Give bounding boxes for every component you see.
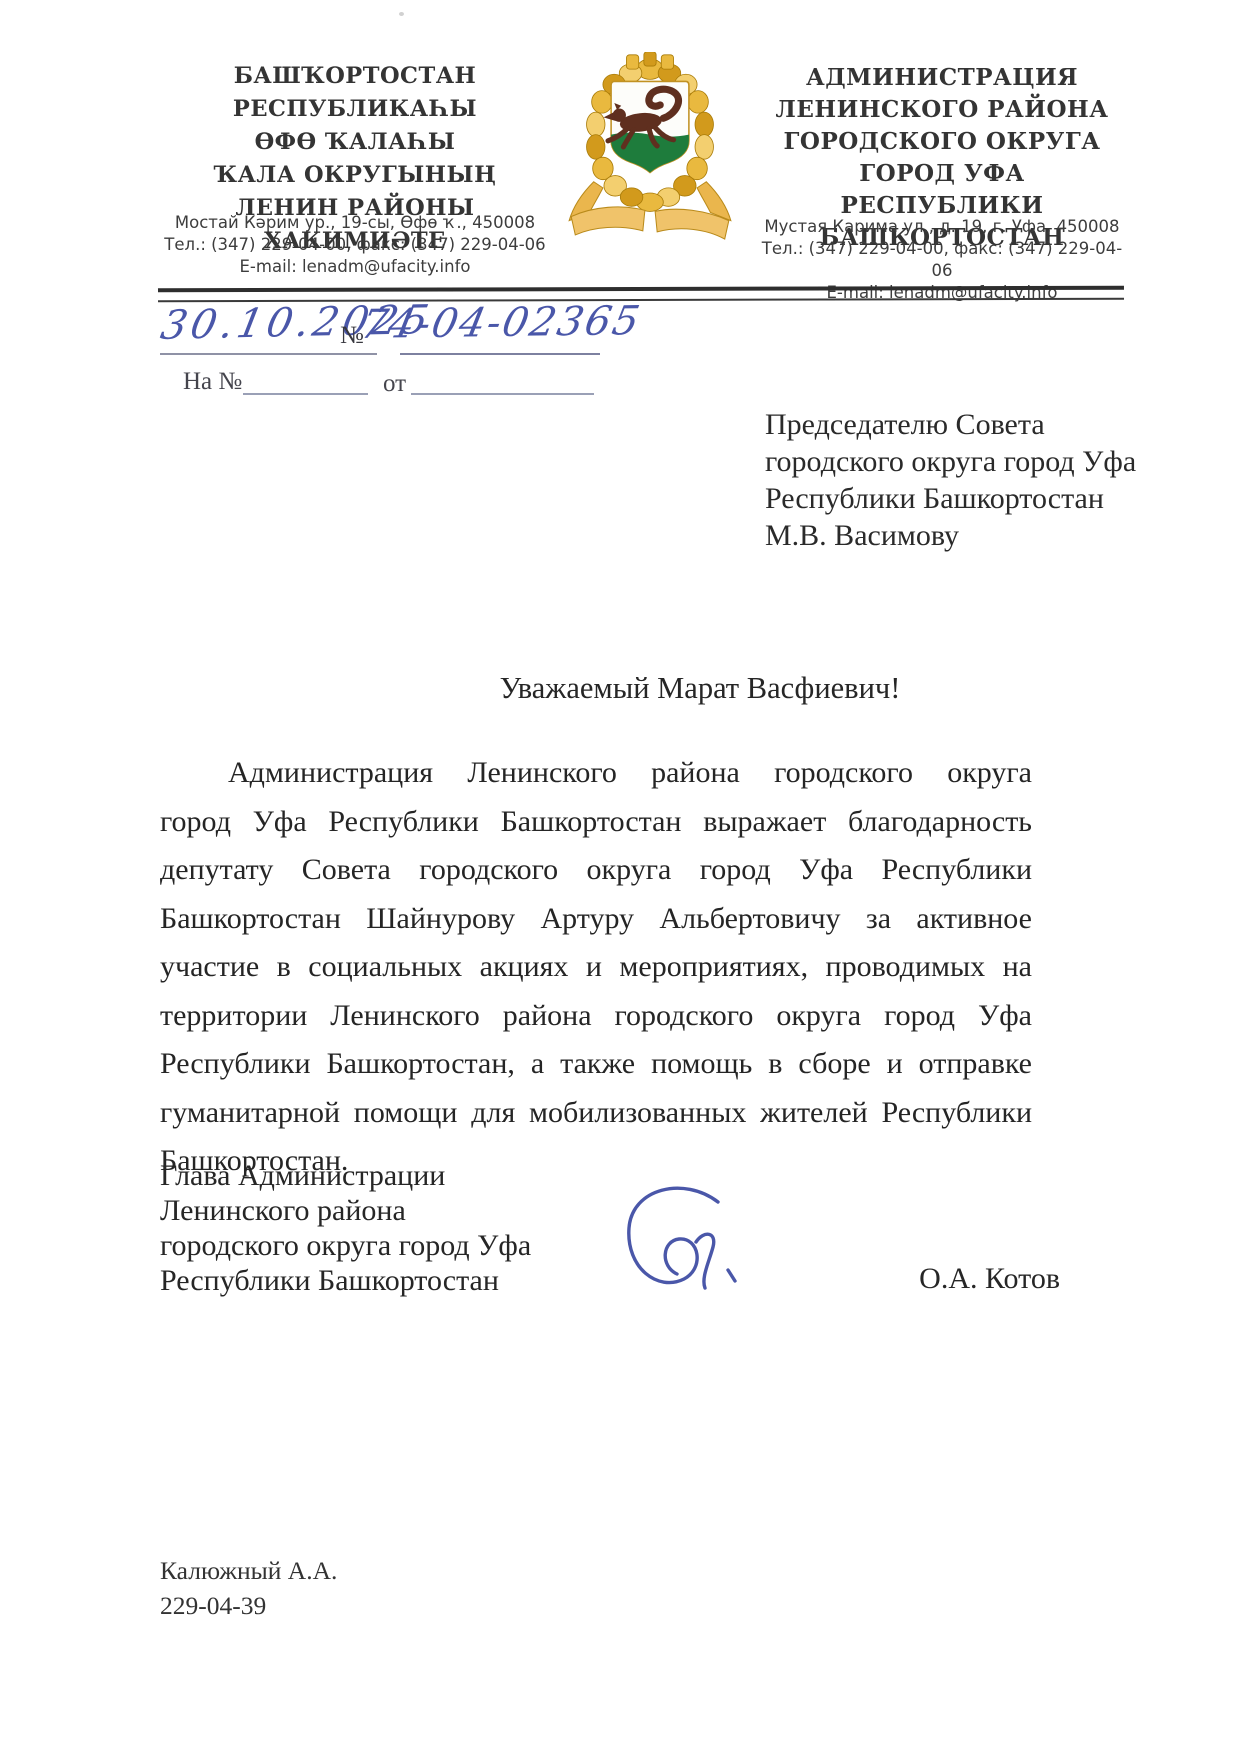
org-name-line: БАШҠОРТОСТАН РЕСПУБЛИКАҺЫ [150,60,560,126]
address-line: E-mail: lenadm@ufacity.info [150,256,560,278]
org-name-line: ӨФӨ ҠАЛАҺЫ [150,126,560,159]
coat-of-arms-icon [563,52,737,248]
org-name-line: ЛЕНИНСКОГО РАЙОНА [752,94,1132,126]
reply-from-label: от [383,370,406,398]
recipient-block: Председателю Совета городского округа го… [765,406,1185,554]
recipient-line: М.В. Васимову [765,517,1185,554]
executor-name: Калюжный А.А. [160,1556,337,1586]
address-line: Мустая Карима ул., д. 19, г. Уфа, 450008 [752,216,1132,238]
recipient-line: Республики Башкортостан [765,480,1185,517]
signer-name: О.А. Котов [860,1262,1060,1296]
reply-to-number-label: На № [183,368,242,396]
recipient-line: городского округа город Уфа [765,443,1185,480]
address-line: Тел.: (347) 229-04-00, факс: (347) 229-0… [150,234,560,256]
address-line: Мостай Кәрим ур., 19-сы, Өфө ҡ., 450008 [150,212,560,234]
handwritten-signature [600,1180,760,1305]
reply-date-underline [411,392,594,395]
scanned-letter-page: БАШҠОРТОСТАН РЕСПУБЛИКАҺЫ ӨФӨ ҠАЛАҺЫ ҠАЛ… [0,0,1241,1754]
reply-number-underline [243,392,368,395]
org-name-line: АДМИНИСТРАЦИЯ [752,62,1132,94]
scan-artifact-dot [399,12,404,16]
address-line: Тел.: (347) 229-04-00, факс: (347) 229-0… [752,238,1132,282]
org-name-line: ҠАЛА ОКРУГЫНЫҢ [150,159,560,192]
number-underline [400,352,600,355]
recipient-line: Председателю Совета [765,406,1185,443]
handwritten-outgoing-number: 74-04-02365 [357,298,645,348]
org-name-line: ГОРОДСКОГО ОКРУГА [752,126,1132,158]
executor-phone: 229-04-39 [160,1591,266,1621]
date-underline [160,352,377,355]
org-name-line: ГОРОД УФА [752,158,1132,190]
salutation: Уважаемый Марат Васфиевич! [420,671,980,706]
letter-body-paragraph: Администрация Ленинского района городско… [160,749,1032,1186]
org-address-bashkir: Мостай Кәрим ур., 19-сы, Өфө ҡ., 450008 … [150,212,560,278]
